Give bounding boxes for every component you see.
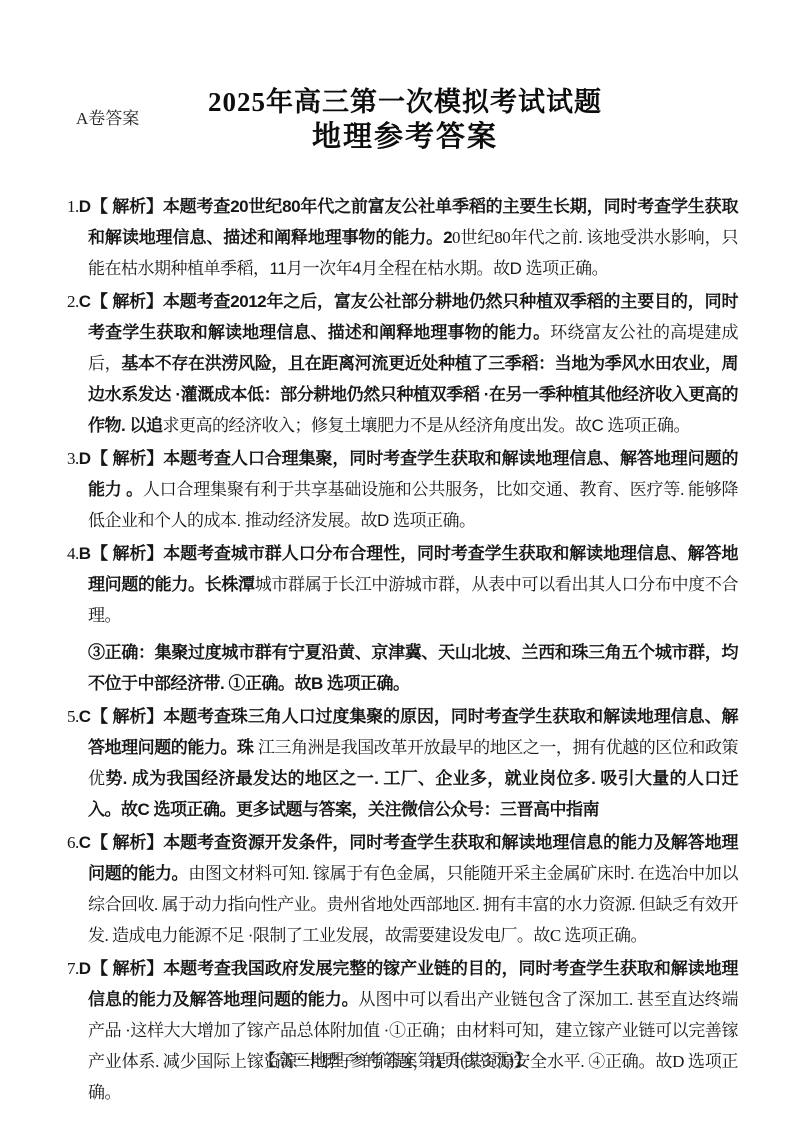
answer-item: 6.C【 解析】本题考查资源开发条件，同时考查学生获取和解读地理信息的能力及解答… xyxy=(67,827,738,951)
answer-item: 5.C【 解析】本题考查珠三角人口过度集聚的原因，同时考查学生获取和解读地理信息… xyxy=(67,701,738,825)
answer-item: 7.D【 解析】本题考查我国政府发展完整的镓产业链的目的，同时考查学生获取和解读… xyxy=(67,953,738,1108)
answer-paragraph: 6.C【 解析】本题考查资源开发条件，同时考查学生获取和解读地理信息的能力及解答… xyxy=(67,827,738,951)
question-number: 2. xyxy=(67,292,79,311)
subject-answers-title: 地理参考答案 xyxy=(0,114,800,155)
question-number: 6. xyxy=(67,833,79,852)
answer-paragraph: ③正确：集聚过度城市群有宁夏沿黄、京津冀、天山北坡、兰西和珠三角五个城市群，均不… xyxy=(67,637,738,699)
answer-text-segment: 在枯水期种植单季稻，11月一次年4月全程在枯水期。故D 选项正确。 xyxy=(105,259,609,278)
page-footer: 【高三地理·参考答案第1页(共3页)】 xyxy=(0,1046,790,1071)
answer-item: 1.D【 解析】本题考查20世纪80年代之前富友公社单季稻的主要生长期，同时考查… xyxy=(67,191,738,284)
answer-letter: D xyxy=(79,959,91,978)
question-number: 7. xyxy=(67,959,79,978)
question-number: 3. xyxy=(67,449,79,468)
answer-paragraph: 2.C【 解析】本题考查2012年之后，富友公社部分耕地仍然只种植双季稻的主要目… xyxy=(67,286,738,441)
answer-item: 3.D【 解析】本题考查人口合理集聚，同时考查学生获取和解读地理信息、解答地理问… xyxy=(67,443,738,536)
answer-paragraph: 5.C【 解析】本题考查珠三角人口过度集聚的原因，同时考查学生获取和解读地理信息… xyxy=(67,701,738,825)
answer-letter: B xyxy=(79,544,91,563)
answers-list: 1.D【 解析】本题考查20世纪80年代之前富友公社单季稻的主要生长期，同时考查… xyxy=(67,191,738,1110)
answer-letter: D xyxy=(79,197,91,216)
question-number: 1. xyxy=(67,197,79,216)
answer-text-segment: 势. 成为我国经济最发达的地区之一. 工厂、企业多，就业岗位多. 吸引大量的人口… xyxy=(88,769,738,819)
question-number: 5. xyxy=(67,707,79,726)
answer-text-segment: 和个人的成本. 推动经济发展。故D 选项正确。 xyxy=(138,511,476,530)
answer-letter: C xyxy=(79,833,91,852)
answer-item: 2.C【 解析】本题考查2012年之后，富友公社部分耕地仍然只种植双季稻的主要目… xyxy=(67,286,738,441)
answer-letter: C xyxy=(79,292,91,311)
answer-letter: D xyxy=(79,449,91,468)
answer-letter: C xyxy=(79,707,91,726)
answer-paragraph: 7.D【 解析】本题考查我国政府发展完整的镓产业链的目的，同时考查学生获取和解读… xyxy=(67,953,738,1108)
answer-item: 4.B【 解析】本题考查城市群人口分布合理性，同时考查学生获取和解读地理信息、解… xyxy=(67,538,738,699)
question-number: 4. xyxy=(67,544,79,563)
answer-paragraph: 3.D【 解析】本题考查人口合理集聚，同时考查学生获取和解读地理信息、解答地理问… xyxy=(67,443,738,536)
answer-paragraph: 1.D【 解析】本题考查20世纪80年代之前富友公社单季稻的主要生长期，同时考查… xyxy=(67,191,738,284)
answer-text-segment: ③正确：集聚过度城市群有宁夏沿黄、京津冀、天山北坡、兰西和珠三角五个城市群，均不… xyxy=(88,643,738,693)
document-page: A卷答案 2025年高三第一次模拟考试试题 地理参考答案 1.D【 解析】本题考… xyxy=(0,0,800,1124)
answer-text-segment: 求更高的经济收入；修复土壤肥力不是从经济角度出发。故C 选项正确。 xyxy=(162,416,690,435)
answer-paragraph: 4.B【 解析】本题考查城市群人口分布合理性，同时考查学生获取和解读地理信息、解… xyxy=(67,538,738,631)
